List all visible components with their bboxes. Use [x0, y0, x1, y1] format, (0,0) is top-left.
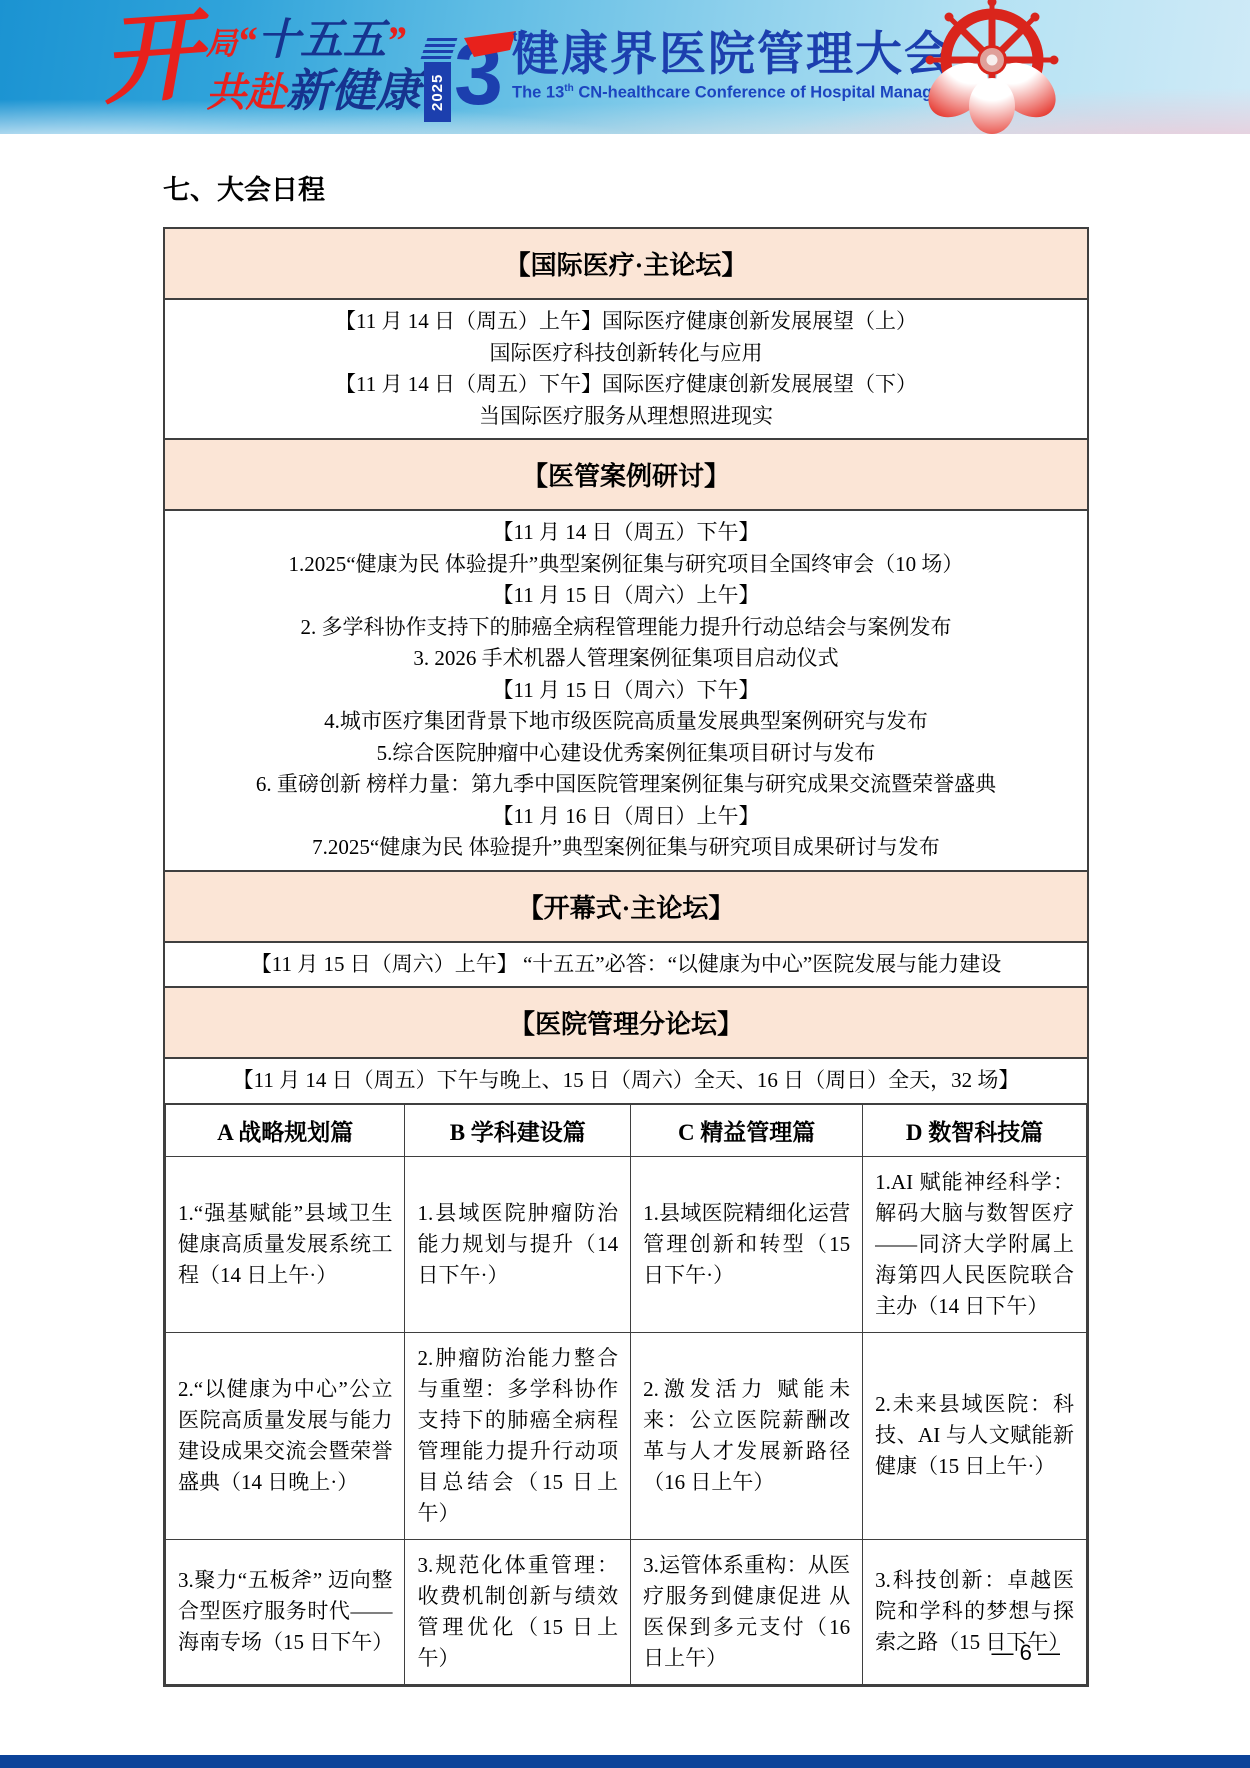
column-header-a: A 战略规划篇: [166, 1104, 405, 1157]
page-number: — 6 —: [0, 1640, 1060, 1666]
agenda-line: 5.综合医院肿瘤中心建设优秀案例征集项目研讨与发布: [165, 738, 1087, 770]
forum-cell: 2.“以健康为中心”公立医院高质量发展与能力建设成果交流会暨荣誉盛典（14 日晚…: [166, 1332, 405, 1539]
agenda-line: 7.2025“健康为民 体验提升”典型案例征集与研究项目成果研讨与发布: [165, 832, 1087, 864]
agenda-line: 2. 多学科协作支持下的肺癌全病程管理能力提升行动总结会与案例发布: [165, 612, 1087, 644]
agenda-line: 【11 月 14 日（周五）下午】国际医疗健康创新发展展望（下）: [165, 369, 1087, 401]
page-title: 七、大会日程: [163, 168, 1250, 207]
slogan-calligraphy: 开 局“十五五” 共赴新健康: [102, 4, 421, 117]
section-band-international: 【国际医疗·主论坛】: [165, 229, 1087, 298]
slogan-big-char: 开: [98, 1, 204, 121]
agenda-line: 1.2025“健康为民 体验提升”典型案例征集与研究项目全国终审会（10 场）: [165, 549, 1087, 581]
section-lines-opening: 【11 月 15 日（周六）上午】 “十五五”必答：“以健康为中心”医院发展与能…: [165, 941, 1087, 987]
section-lines-cases: 【11 月 14 日（周五）下午】 1.2025“健康为民 体验提升”典型案例征…: [165, 509, 1087, 870]
agenda-table: 【国际医疗·主论坛】 【11 月 14 日（周五）上午】国际医疗健康创新发展展望…: [163, 227, 1089, 1687]
section-band-opening: 【开幕式·主论坛】: [165, 870, 1087, 941]
header-banner: 开 局“十五五” 共赴新健康 2025 3 th 健康界医院管理大会 The 1…: [0, 0, 1250, 134]
agenda-line: 国际医疗科技创新转化与应用: [165, 338, 1087, 370]
slogan-line2: 共赴新健康: [206, 70, 421, 115]
forum-row-2: 2.“以健康为中心”公立医院高质量发展与能力建设成果交流会暨荣誉盛典（14 日晚…: [166, 1332, 1087, 1539]
agenda-line: 【11 月 15 日（周六）下午】: [165, 675, 1087, 707]
forum-row-1: 1.“强基赋能”县域卫生健康高质量发展系统工程（14 日上午·） 1.县域医院肿…: [166, 1156, 1087, 1332]
agenda-line: 【11 月 16 日（周日）上午】: [165, 801, 1087, 833]
logo-digit-one: 2025: [424, 38, 454, 122]
column-header-c: C 精益管理篇: [631, 1104, 863, 1157]
bottom-blue-bar: [0, 1755, 1250, 1768]
forum-cell: 1.县域医院肿瘤防治能力规划与提升（14 日下午·）: [405, 1156, 631, 1332]
forum-cell: 2.肿瘤防治能力整合与重塑：多学科协作支持下的肺癌全病程管理能力提升行动项目总结…: [405, 1332, 631, 1539]
agenda-line: 当国际医疗服务从理想照进现实: [165, 401, 1087, 433]
section-band-cases: 【医管案例研讨】: [165, 438, 1087, 509]
section-lines-subforums: 【11 月 14 日（周五）下午与晚上、15 日（周六）全天、16 日（周日）全…: [165, 1057, 1087, 1103]
agenda-line: 3. 2026 手术机器人管理案例征集项目启动仪式: [165, 643, 1087, 675]
agenda-line: 【11 月 15 日（周六）上午】: [165, 580, 1087, 612]
agenda-line: 6. 重磅创新 榜样力量：第九季中国医院管理案例征集与研究成果交流暨荣誉盛典: [165, 769, 1087, 801]
forum-cell: 1.县域医院精细化运营管理创新和转型（15 日下午·）: [631, 1156, 863, 1332]
conference-13th-logo: 2025 3 th: [424, 30, 518, 122]
section-lines-international: 【11 月 14 日（周五）上午】国际医疗健康创新发展展望（上） 国际医疗科技创…: [165, 298, 1087, 438]
column-header-d: D 数智科技篇: [863, 1104, 1087, 1157]
digit-three-icon: 3: [456, 30, 518, 116]
agenda-line: 4.城市医疗集团背景下地市级医院高质量发展典型案例研究与发布: [165, 706, 1087, 738]
ship-wheel-icon: [880, 0, 1112, 134]
column-header-b: B 学科建设篇: [405, 1104, 631, 1157]
forum-cell: 1.AI 赋能神经科学：解码大脑与数智医疗——同济大学附属上海第四人民医院联合主…: [863, 1156, 1087, 1332]
forum-cell: 2.激发活力 赋能未来：公立医院薪酬改革与人才发展新路径（16 日上午）: [631, 1332, 863, 1539]
forum-cell: 1.“强基赋能”县域卫生健康高质量发展系统工程（14 日上午·）: [166, 1156, 405, 1332]
forum-grid: A 战略规划篇 B 学科建设篇 C 精益管理篇 D 数智科技篇 1.“强基赋能”…: [165, 1103, 1087, 1685]
agenda-line: 【11 月 14 日（周五）上午】国际医疗健康创新发展展望（上）: [165, 306, 1087, 338]
forum-cell: 2.未来县域医院：科技、AI 与人文赋能新健康（15 日上午·）: [863, 1332, 1087, 1539]
forum-header-row: A 战略规划篇 B 学科建设篇 C 精益管理篇 D 数智科技篇: [166, 1104, 1087, 1157]
logo-digit-three: 3 th: [456, 30, 518, 116]
section-band-subforums: 【医院管理分论坛】: [165, 986, 1087, 1057]
slogan-line1: 局“十五五”: [206, 18, 406, 63]
logo-stripes-icon: [421, 38, 458, 59]
forum-note: 【11 月 14 日（周五）下午与晚上、15 日（周六）全天、16 日（周日）全…: [165, 1065, 1087, 1097]
agenda-line: 【11 月 14 日（周五）下午】: [165, 517, 1087, 549]
agenda-line: 【11 月 15 日（周六）上午】 “十五五”必答：“以健康为中心”医院发展与能…: [165, 949, 1087, 981]
logo-year: 2025: [424, 62, 451, 122]
